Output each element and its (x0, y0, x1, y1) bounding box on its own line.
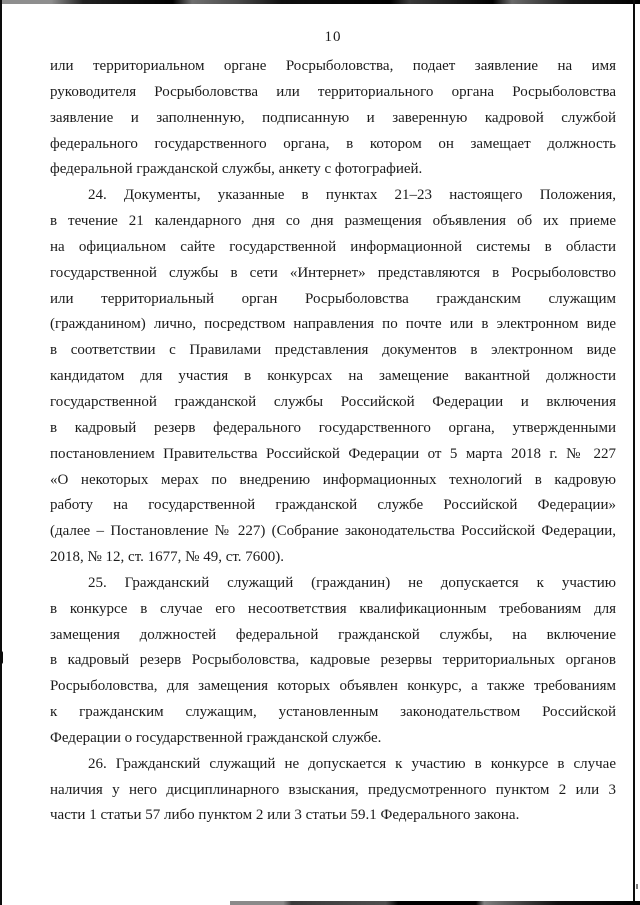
text-line: «О некоторых мерах по внедрению информац… (50, 468, 616, 494)
text-line: к гражданским служащим, установленным за… (50, 700, 616, 726)
text-line: постановлением Правительства Российской … (50, 442, 616, 468)
text-line: Федерации о государственной гражданской … (50, 726, 616, 752)
document-page: 10 или территориальном органе Росрыболов… (0, 0, 640, 905)
text-line: или территориальном органе Росрыболовств… (50, 54, 616, 80)
scan-edge-right (633, 0, 635, 905)
text-line: в кадровый резерв федерального государст… (50, 416, 616, 442)
text-line: 25. Гражданский служащий (гражданин) не … (50, 571, 616, 597)
text-line: государственной гражданской службы Росси… (50, 390, 616, 416)
text-line: в соответствии с Правилами представления… (50, 338, 616, 364)
document-body: или территориальном органе Росрыболовств… (50, 54, 616, 829)
text-line: на официальном сайте государственной инф… (50, 235, 616, 261)
text-line: заявление и заполненную, подписанную и з… (50, 106, 616, 132)
text-line: замещения должностей федеральной граждан… (50, 623, 616, 649)
text-line: (далее – Постановление № 227) (Собрание … (50, 519, 616, 545)
text-line: в кадровый резерв Росрыболовства, кадров… (50, 648, 616, 674)
text-line: работу на государственной гражданской сл… (50, 493, 616, 519)
text-line: в течение 21 календарного дня со дня раз… (50, 209, 616, 235)
text-line: федеральной гражданской службы, анкету с… (50, 157, 616, 183)
text-line: наличия у него дисциплинарного взыскания… (50, 778, 616, 804)
scan-artifact-blob (0, 651, 3, 664)
page-number: 10 (50, 29, 616, 46)
scan-edge-bottom (230, 901, 640, 905)
text-line: части 1 статьи 57 либо пунктом 2 или 3 с… (50, 803, 616, 829)
text-line: кандидатом для участия в конкурсах на за… (50, 364, 616, 390)
text-line: 26. Гражданский служащий не допускается … (50, 752, 616, 778)
text-line: в конкурсе в случае его несоответствия к… (50, 597, 616, 623)
scan-edge-top (0, 0, 640, 4)
text-line: федерального государственного органа, в … (50, 132, 616, 158)
scan-artifact-tick (636, 884, 638, 889)
text-line: Росрыболовства, для замещения которых об… (50, 674, 616, 700)
text-line: руководителя Росрыболовства или территор… (50, 80, 616, 106)
text-line: (гражданином) лично, посредством направл… (50, 312, 616, 338)
text-line: 24. Документы, указанные в пунктах 21–23… (50, 183, 616, 209)
text-line: 2018, № 12, ст. 1677, № 49, ст. 7600). (50, 545, 616, 571)
text-line: государственной службы в сети «Интернет»… (50, 261, 616, 287)
text-line: или территориальный орган Росрыболовства… (50, 287, 616, 313)
scan-edge-left (0, 0, 2, 905)
